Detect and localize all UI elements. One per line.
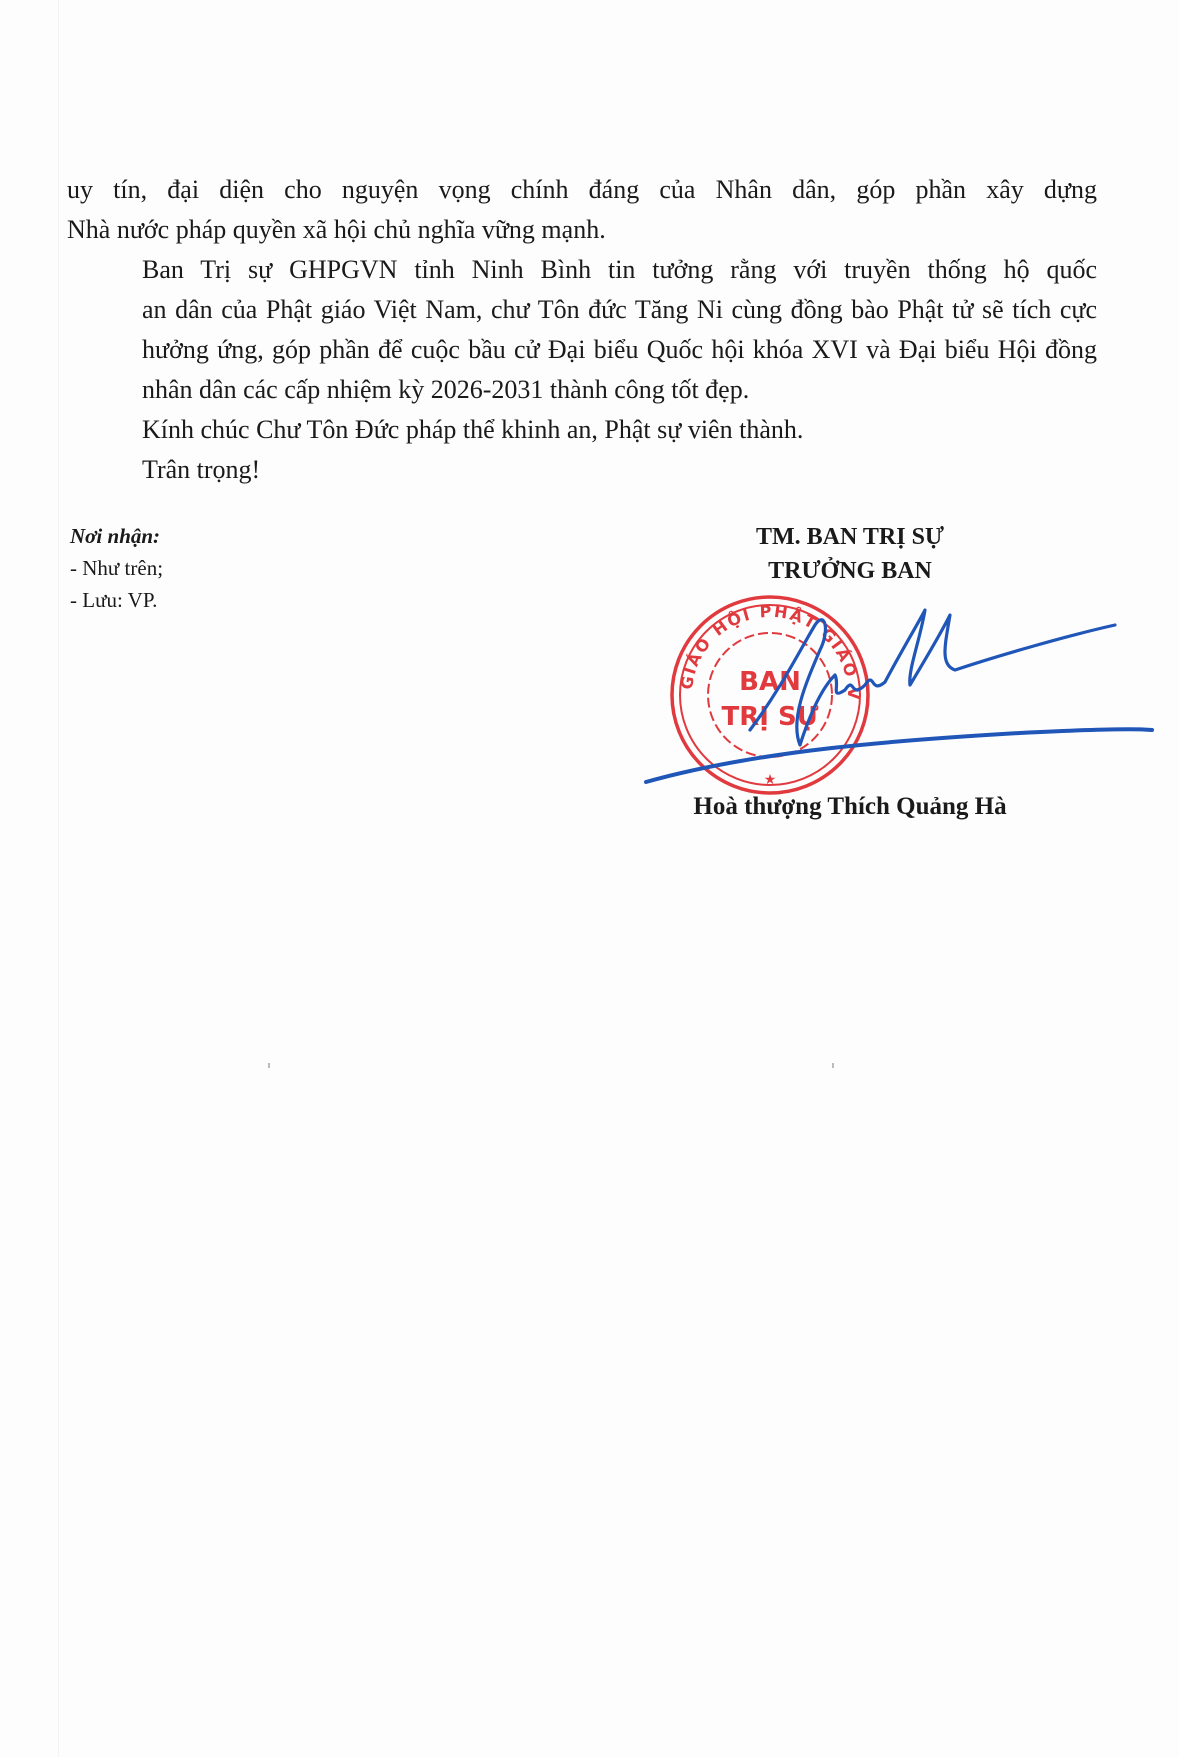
scan-speck bbox=[832, 1063, 834, 1068]
paragraph: Ban Trị sự GHPGVN tỉnh Ninh Bình tin tưở… bbox=[67, 250, 1097, 410]
paragraph: Kính chúc Chư Tôn Đức pháp thể khinh an,… bbox=[67, 410, 1097, 450]
text-line: Nhà nước pháp quyền xã hội chủ nghĩa vữn… bbox=[67, 210, 1097, 250]
recipient-item: - Như trên; bbox=[70, 552, 163, 584]
text-line: Kính chúc Chư Tôn Đức pháp thể khinh an,… bbox=[67, 410, 1097, 450]
signer-name: Hoà thượng Thích Quảng Hà bbox=[640, 793, 1060, 821]
recipients-heading: Nơi nhận: bbox=[70, 520, 163, 552]
text-line: Ban Trị sự GHPGVN tỉnh Ninh Bình tin tưở… bbox=[67, 250, 1097, 290]
signature-heading: TM. BAN TRỊ SỰ TRƯỞNG BAN bbox=[640, 520, 1060, 588]
text-line: Trân trọng! bbox=[67, 450, 1097, 490]
text-line: nhân dân các cấp nhiệm kỳ 2026-2031 thàn… bbox=[67, 370, 1097, 410]
on-behalf-label: TM. BAN TRỊ SỰ bbox=[640, 520, 1060, 554]
text-line: an dân của Phật giáo Việt Nam, chư Tôn đ… bbox=[67, 290, 1097, 330]
text-line: hưởng ứng, góp phần để cuộc bầu cử Đại b… bbox=[67, 330, 1097, 370]
seal-icon: GIÁO HỘI PHẬT GIÁO VIỆT NAM TỈNH NINH BÌ… bbox=[640, 590, 868, 793]
paragraph: uy tín, đại diện cho nguyện vọng chính đ… bbox=[67, 170, 1097, 250]
signer-title: TRƯỞNG BAN bbox=[640, 554, 1060, 588]
letter-body: uy tín, đại diện cho nguyện vọng chính đ… bbox=[67, 170, 1097, 490]
svg-text:BAN: BAN bbox=[739, 667, 801, 697]
svg-text:★: ★ bbox=[764, 773, 777, 788]
text-line: uy tín, đại diện cho nguyện vọng chính đ… bbox=[67, 170, 1097, 210]
scan-speck bbox=[268, 1063, 270, 1068]
seal-and-signature: GIÁO HỘI PHẬT GIÁO VIỆT NAM TỈNH NINH BÌ… bbox=[640, 590, 1179, 800]
paragraph: Trân trọng! bbox=[67, 450, 1097, 490]
recipient-item: - Lưu: VP. bbox=[70, 584, 163, 616]
svg-text:TRỊ SỰ: TRỊ SỰ bbox=[722, 702, 819, 732]
page-edge bbox=[58, 0, 59, 1757]
recipients-block: Nơi nhận: - Như trên; - Lưu: VP. bbox=[70, 520, 163, 616]
